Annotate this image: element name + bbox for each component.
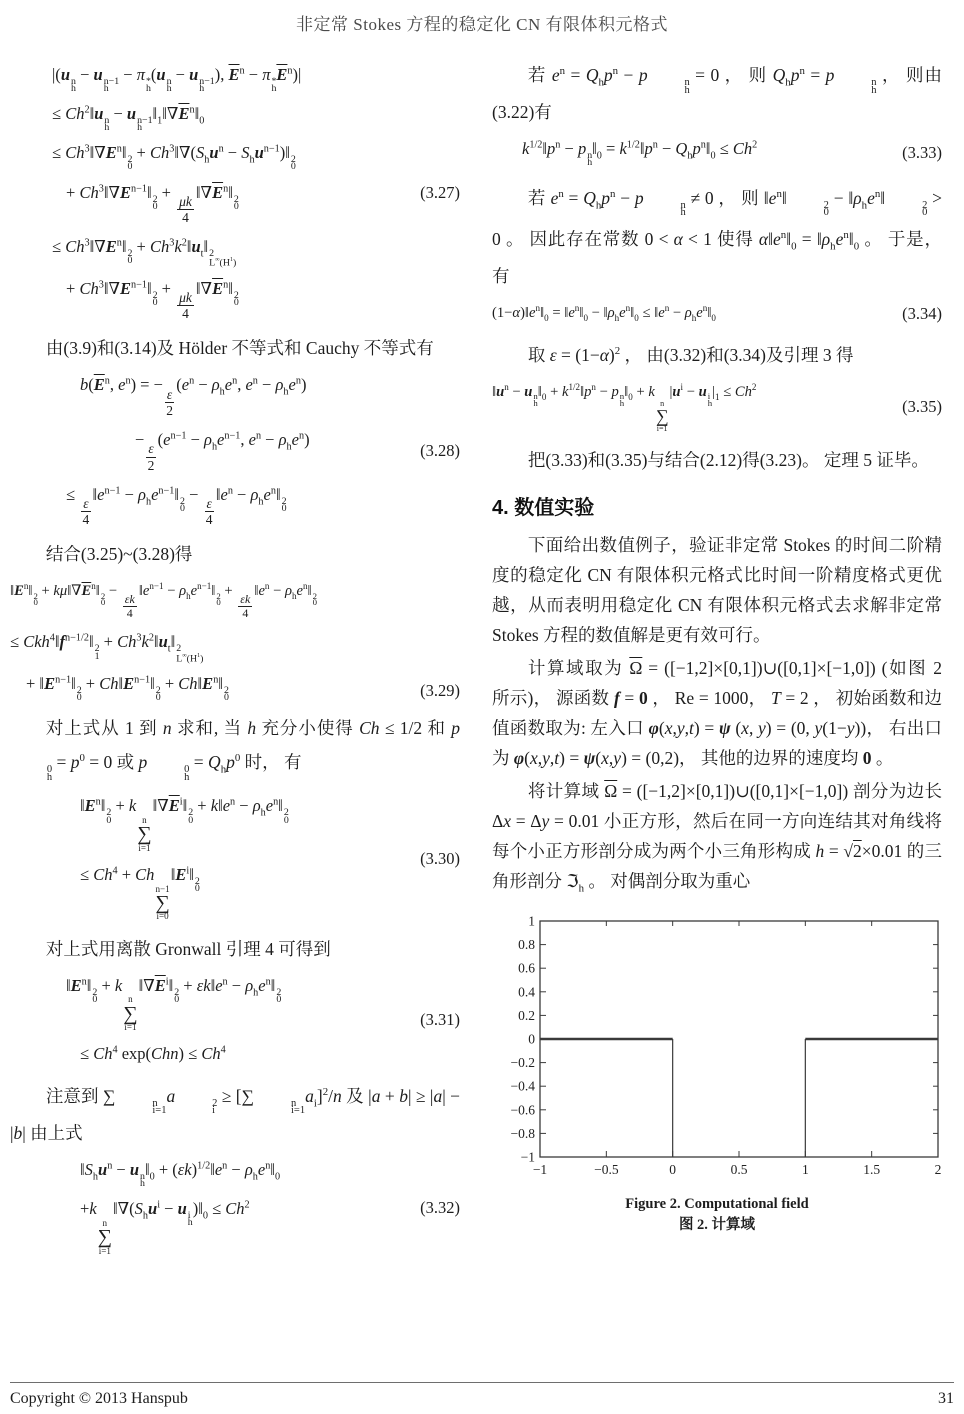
paragraph-note-inequality: 注意到 ∑ni=1a2i ≥ [∑ni=1ai]2/n 及 |a + b| ≥ …	[10, 1077, 460, 1148]
y-tick-label: −0.8	[511, 1126, 536, 1141]
equation-line: +kn∑i=1‖∇(Shui − uih)‖0 ≤ Ch2	[80, 1199, 404, 1256]
x-tick-label: 2	[935, 1162, 942, 1177]
equation-line: ≤ Ckh4‖fn−1/2‖21 + Ch3k2‖ut‖2L∞(H1)	[10, 632, 404, 662]
equation-number: (3.28)	[420, 441, 460, 461]
equation-line: b(En, en) = −ε2(en − ρhen, en − ρhen)	[80, 375, 404, 418]
equation-line: ‖En‖20 + kn∑i=1‖∇Ei‖20 + k‖en − ρhen‖20	[80, 796, 404, 853]
equation-3-27: |(unh − un−1h − π*h(unh − un−1h), En − π…	[10, 65, 460, 321]
y-tick-label: 1	[528, 915, 535, 929]
x-tick-label: 1.5	[863, 1162, 880, 1177]
equation-line: |(unh − un−1h − π*h(unh − un−1h), En − π…	[52, 65, 404, 92]
equation-number: (3.30)	[420, 849, 460, 869]
figure-caption-en: Figure 2. Computational field	[492, 1194, 942, 1215]
section-heading-numerical-experiment: 4. 数值实验	[492, 491, 942, 520]
y-tick-label: −1	[521, 1150, 535, 1165]
equation-number: (3.32)	[420, 1198, 460, 1218]
y-tick-label: −0.2	[511, 1055, 536, 1070]
footer-copyright: Copyright © 2013 Hanspub	[10, 1390, 188, 1408]
y-tick-label: 0.2	[518, 1008, 535, 1023]
paragraph-experiment-intro: 下面给出数值例子，验证非定常 Stokes 的时间二阶精度的稳定化 CN 有限体…	[492, 530, 942, 650]
paragraph-mesh-partition: 将计算域 Ω = ([−1,2]×[0,1])∪([0,1]×[−1,0]) 剖…	[492, 776, 942, 904]
paragraph-summation: 对上式从 1 到 n 求和, 当 h 充分小使得 Ch ≤ 1/2 和 p0h …	[10, 713, 460, 784]
right-column: 若 en = Qhpn − pnh = 0 ， 则 Qhpn = pnh ， 则…	[492, 53, 942, 1268]
footer-page-number: 31	[938, 1390, 954, 1408]
left-column: |(unh − un−1h − π*h(unh − un−1h), En − π…	[10, 53, 460, 1268]
equation-line: k1/2‖pn − pnh‖0 = k1/2‖pn − Qhpn‖0 ≤ Ch2	[522, 139, 886, 166]
x-tick-label: 0.5	[731, 1162, 748, 1177]
equation-3-34: (1−α)‖en‖0 = ‖en‖0 − ‖ρhen‖0 ≤ ‖en − ρhe…	[492, 303, 942, 324]
equation-line: ‖un − unh‖0 + k1/2‖pn − pnh‖0 + kn∑i=1|u…	[492, 382, 892, 433]
page-footer: Copyright © 2013 Hanspub 31	[10, 1382, 954, 1408]
paragraph-case-nonzero: 若 en = Qhpn − pnh ≠ 0 ， 则 ‖en‖20 − ‖ρhen…	[492, 179, 942, 292]
equation-3-31: ‖En‖20 + kn∑i=1‖∇Ei‖20 + εk‖en − ρhen‖20…	[10, 976, 460, 1065]
equation-3-30: ‖En‖20 + kn∑i=1‖∇Ei‖20 + k‖en − ρhen‖20 …	[10, 796, 460, 921]
equation-line: ‖En‖20 + kn∑i=1‖∇Ei‖20 + εk‖en − ρhen‖20	[66, 976, 404, 1033]
equation-3-28: b(En, en) = −ε2(en − ρhen, en − ρhen) −ε…	[10, 375, 460, 527]
equation-line: ≤ Ch2‖unh − un−1h‖1‖∇En‖0	[52, 104, 404, 131]
x-tick-label: 0	[669, 1162, 676, 1177]
equation-number: (3.34)	[902, 304, 942, 324]
equation-3-33: k1/2‖pn − pnh‖0 = k1/2‖pn − Qhpn‖0 ≤ Ch2…	[492, 139, 942, 166]
y-tick-label: 0.6	[518, 961, 535, 976]
equation-3-29: ‖En‖20 + kμ‖∇En‖20 − εk4‖en−1 − ρhen−1‖2…	[10, 581, 460, 701]
equation-number: (3.31)	[420, 1010, 460, 1030]
equation-line: ‖Shun − unh‖0 + (εk)1/2‖en − ρhen‖0	[80, 1160, 404, 1187]
x-tick-label: 1	[802, 1162, 809, 1177]
equation-number: (3.33)	[902, 143, 942, 163]
y-tick-label: 0.4	[518, 985, 535, 1000]
equation-line: −ε2(en−1 − ρhen−1, en − ρhen)	[135, 430, 404, 473]
equation-3-35: ‖un − unh‖0 + k1/2‖pn − pnh‖0 + kn∑i=1|u…	[492, 382, 942, 433]
equation-line: ≤ Ch3‖∇En‖20 + Ch3k2‖ut‖2L∞(H1)	[52, 237, 404, 267]
equation-number: (3.27)	[420, 183, 460, 203]
two-column-layout: |(unh − un−1h − π*h(unh − un−1h), En − π…	[10, 53, 954, 1268]
page-header-title: 非定常 Stokes 方程的稳定化 CN 有限体积元格式	[10, 10, 954, 35]
equation-line: (1−α)‖en‖0 = ‖en‖0 − ‖ρhen‖0 ≤ ‖en − ρhe…	[492, 303, 886, 324]
equation-number: (3.35)	[902, 397, 942, 417]
figure-2-block: −1−0.500.511.5210.80.60.40.20−0.2−0.4−0.…	[492, 915, 942, 1236]
y-tick-label: −0.4	[511, 1079, 536, 1094]
y-tick-label: 0.8	[518, 937, 535, 952]
paragraph-holder-cauchy: 由(3.9)和(3.14)及 Hölder 不等式和 Cauchy 不等式有	[10, 333, 460, 363]
equation-3-32: ‖Shun − unh‖0 + (εk)1/2‖en − ρhen‖0 +kn∑…	[10, 1160, 460, 1256]
equation-line: + Ch3‖∇En−1‖20 + μk4‖∇En‖20	[66, 183, 404, 226]
figure-2-caption: Figure 2. Computational field 图 2. 计算域	[492, 1194, 942, 1236]
equation-number: (3.29)	[420, 681, 460, 701]
paper-page: 非定常 Stokes 方程的稳定化 CN 有限体积元格式 |(unh − un−…	[0, 0, 964, 1414]
equation-line: ‖En‖20 + kμ‖∇En‖20 − εk4‖en−1 − ρhen−1‖2…	[10, 581, 404, 620]
figure-caption-zh: 图 2. 计算域	[492, 1215, 942, 1236]
equation-line: ≤ ε4‖en−1 − ρhen−1‖20 − ε4‖en − ρhen‖20	[66, 485, 404, 528]
equation-line: + ‖En−1‖20 + Ch‖En−1‖20 + Ch‖En‖20	[26, 674, 404, 701]
paragraph-case-zero: 若 en = Qhpn − pnh = 0 ， 则 Qhpn = pnh ， 则…	[492, 56, 942, 127]
paragraph-gronwall: 对上式用离散 Gronwall 引理 4 可得到	[10, 934, 460, 964]
y-tick-label: 0	[528, 1032, 535, 1047]
paragraph-theorem-complete: 把(3.33)和(3.35)与结合(2.12)得(3.23)。 定理 5 证毕。	[492, 445, 942, 475]
y-tick-label: −0.6	[511, 1103, 536, 1118]
x-tick-label: −0.5	[594, 1162, 619, 1177]
paragraph-domain-setup: 计算域取为 Ω = ([−1,2]×[0,1])∪([0,1]×[−1,0]) …	[492, 653, 942, 773]
figure-2-plot: −1−0.500.511.5210.80.60.40.20−0.2−0.4−0.…	[492, 915, 942, 1183]
equation-line: ≤ Ch3‖∇En‖20 + Ch3‖∇(Shun − Shun−1)‖20	[52, 143, 404, 170]
equation-line: ≤ Ch4 exp(Chn) ≤ Ch4	[80, 1044, 404, 1065]
paragraph-take-epsilon: 取 ε = (1−α)2 ， 由(3.32)和(3.34)及引理 3 得	[492, 336, 942, 370]
equation-line: ≤ Ch4 + Chn−1∑i=0‖Ei‖20	[80, 865, 404, 922]
paragraph-combine: 结合(3.25)~(3.28)得	[10, 539, 460, 569]
equation-line: + Ch3‖∇En−1‖20 + μk4‖∇En‖20	[66, 279, 404, 322]
